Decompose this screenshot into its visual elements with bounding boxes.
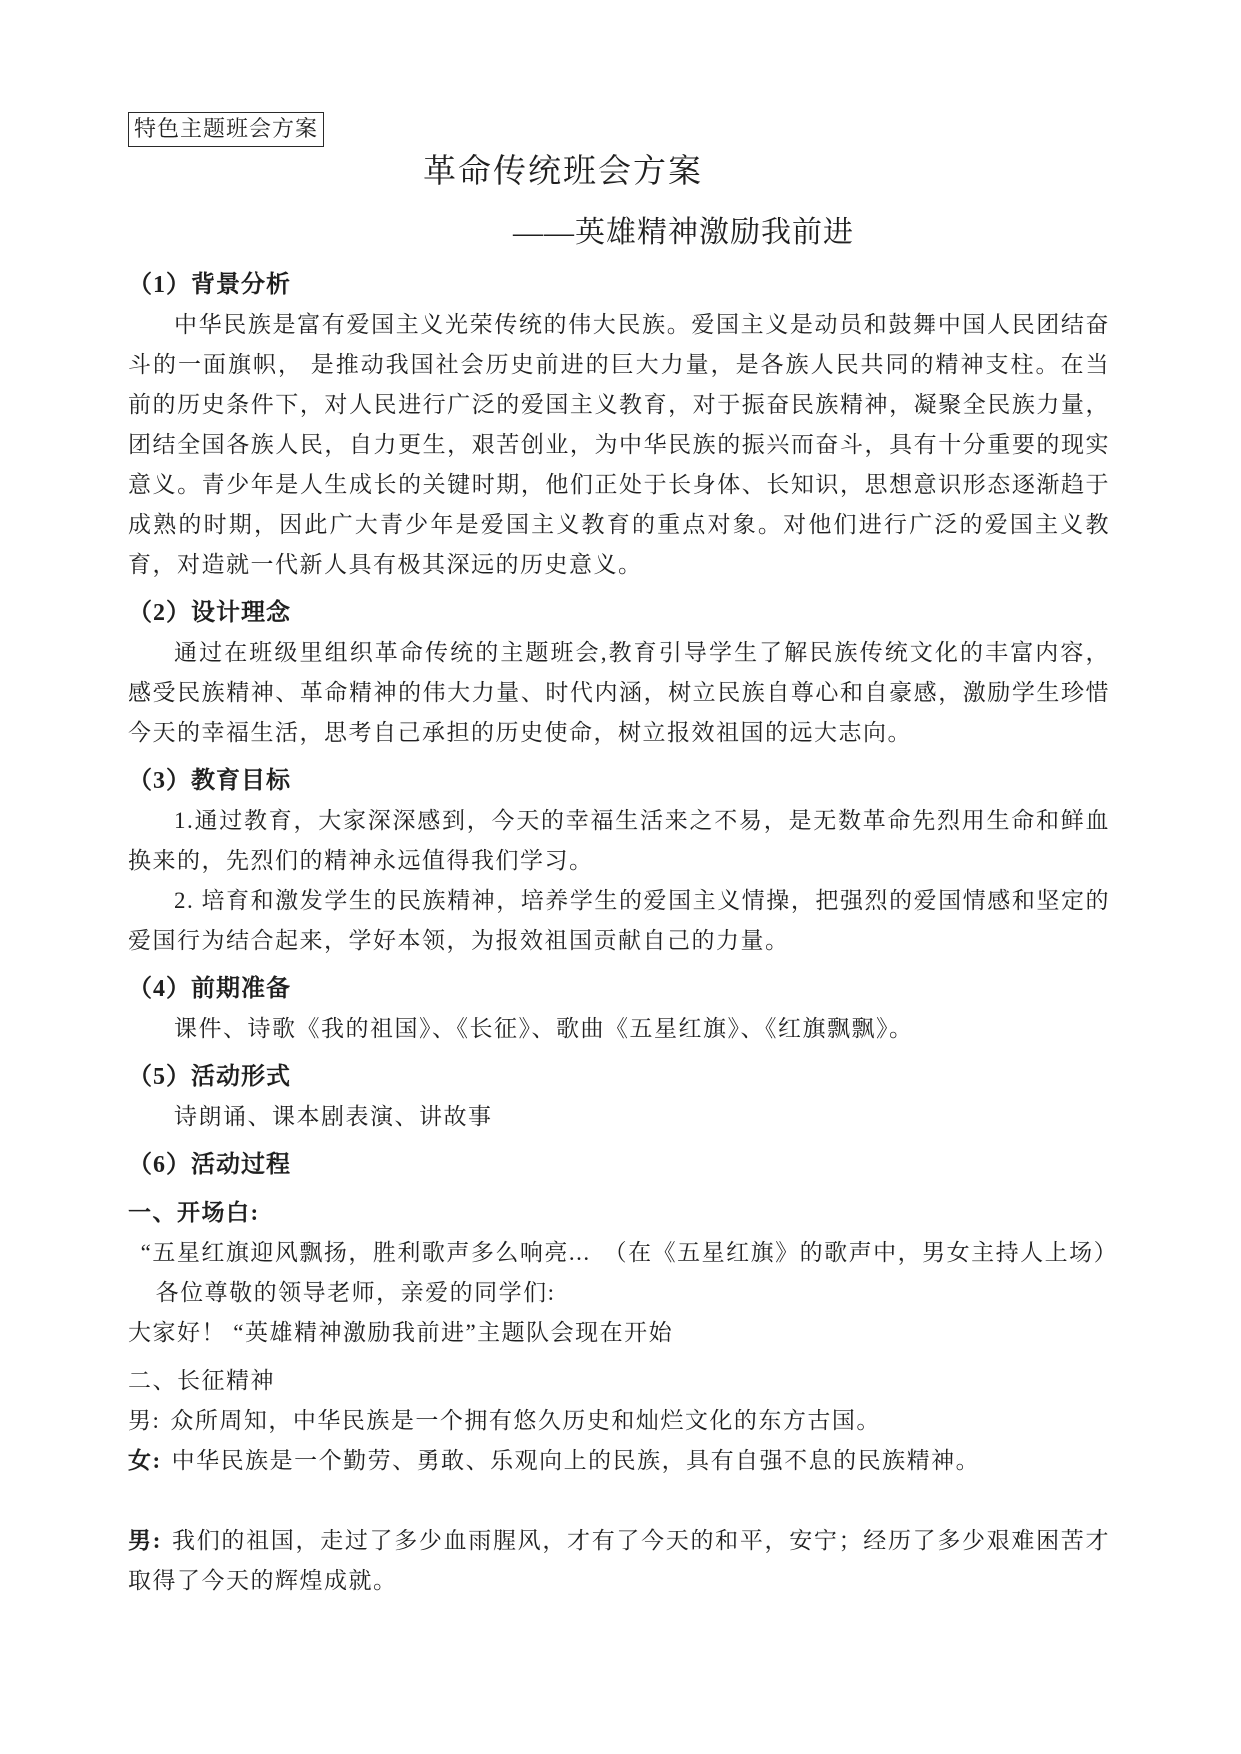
paragraph: 诗朗诵、课本剧表演、讲故事 <box>128 1097 1110 1137</box>
process-part2-heading: 二、长征精神 <box>128 1361 1110 1401</box>
section-heading-design: （2）设计理念 <box>128 593 1110 633</box>
page-subtitle: ——英雄精神激励我前进 <box>513 215 1110 251</box>
speaker-label-male: 男: <box>128 1408 160 1433</box>
speaker-label-female: 女: <box>128 1448 162 1473</box>
page-title: 革命传统班会方案 <box>423 153 1110 191</box>
paragraph: 2. 培育和激发学生的民族精神，培养学生的爱国主义情操，把强烈的爱国情感和坚定的… <box>128 881 1110 961</box>
dialogue-text: 我们的祖国，走过了多少血雨腥风，才有了今天的和平，安宁；经历了多少艰难困苦才取得… <box>128 1528 1110 1593</box>
corner-label-box: 特色主题班会方案 <box>128 112 324 147</box>
dialogue-line: 女:中华民族是一个勤劳、勇敢、乐观向上的民族，具有自强不息的民族精神。 <box>128 1441 1110 1481</box>
opening-line: “五星红旗迎风飘扬，胜利歌声多么响亮... （在《五星红旗》的歌声中，男女主持人… <box>128 1233 1110 1273</box>
dialogue-line: 男:我们的祖国，走过了多少血雨腥风，才有了今天的和平，安宁；经历了多少艰难困苦才… <box>128 1521 1110 1601</box>
dialogue-line: 男:众所周知，中华民族是一个拥有悠久历史和灿烂文化的东方古国。 <box>128 1401 1110 1441</box>
dialogue-text: 中华民族是一个勤劳、勇敢、乐观向上的民族，具有自强不息的民族精神。 <box>172 1448 981 1473</box>
document-page: 特色主题班会方案 革命传统班会方案 ——英雄精神激励我前进 （1）背景分析 中华… <box>0 0 1241 1754</box>
section-heading-process: （6）活动过程 <box>128 1145 1110 1185</box>
greeting-line: 各位尊敬的领导老师，亲爱的同学们: <box>128 1273 1110 1313</box>
process-part1-heading: 一、开场白: <box>128 1193 1110 1233</box>
speaker-label-male: 男: <box>128 1528 162 1553</box>
paragraph: 课件、诗歌《我的祖国》、《长征》、歌曲《五星红旗》、《红旗飘飘》。 <box>128 1009 1110 1049</box>
corner-label: 特色主题班会方案 <box>134 116 318 141</box>
dialogue-text: 众所周知，中华民族是一个拥有悠久历史和灿烂文化的东方古国。 <box>170 1408 881 1433</box>
paragraph: 通过在班级里组织革命传统的主题班会,教育引导学生了解民族传统文化的丰富内容，感受… <box>128 633 1110 753</box>
paragraph: 中华民族是富有爱国主义光荣传统的伟大民族。爱国主义是动员和鼓舞中国人民团结奋斗的… <box>128 305 1110 585</box>
section-heading-preparation: （4）前期准备 <box>128 969 1110 1009</box>
paragraph: 1.通过教育，大家深深感到，今天的幸福生活来之不易，是无数革命先烈用生命和鲜血换… <box>128 801 1110 881</box>
announcement-line: 大家好！ “英雄精神激励我前进”主题队会现在开始 <box>128 1313 1110 1353</box>
section-heading-goals: （3）教育目标 <box>128 761 1110 801</box>
section-heading-activity-form: （5）活动形式 <box>128 1057 1110 1097</box>
section-heading-background: （1）背景分析 <box>128 265 1110 305</box>
